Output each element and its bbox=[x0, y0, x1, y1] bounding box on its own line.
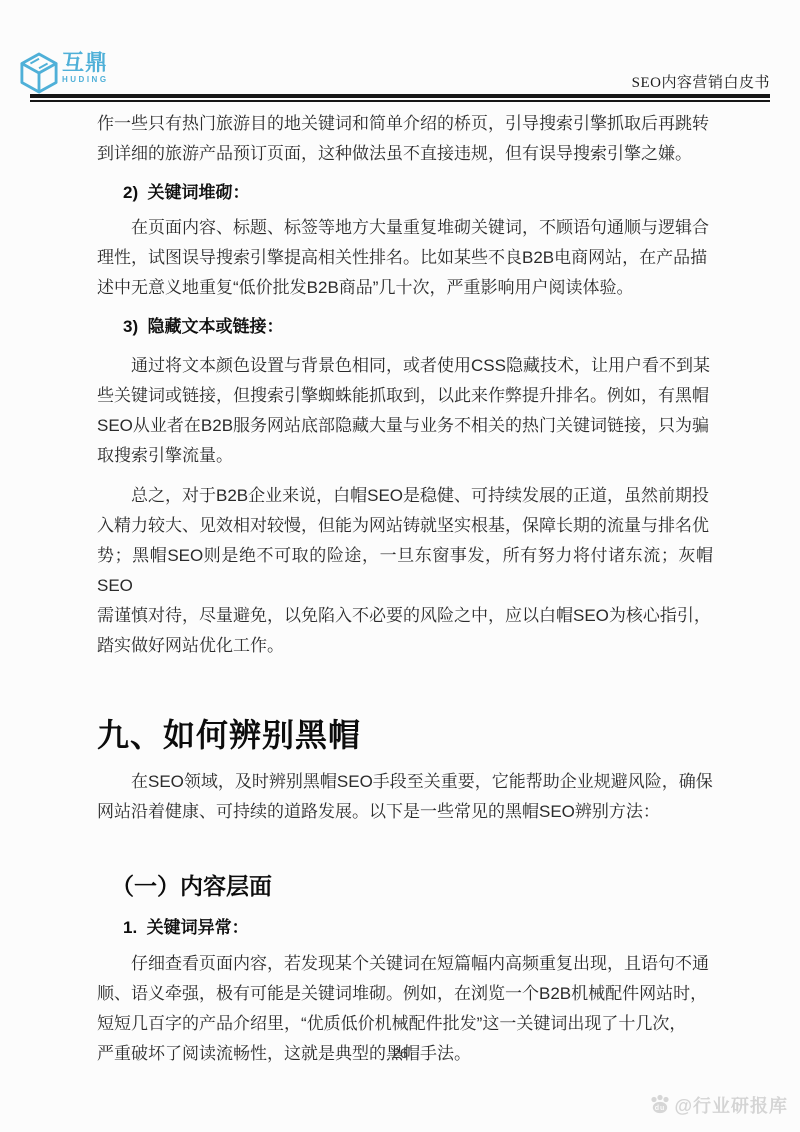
paragraph-hidden-text: 通过将文本颜色设置与背景色相同，或者使用CSS隐藏技术，让用户看不到某些关键词或… bbox=[97, 351, 713, 471]
text-line: 述中无意义地重复“低价批发B2B商品”几十次，严重影响用户阅读体验。 bbox=[97, 273, 713, 303]
paw-icon: du bbox=[648, 1093, 672, 1117]
text-line: 取搜索引擎流量。 bbox=[97, 441, 713, 471]
heading-hidden-text: 3) 隐藏文本或链接： bbox=[97, 312, 713, 342]
text-line: 短短几百字的产品介绍里，“优质低价机械配件批发”这一关键词出现了十几次， bbox=[97, 1009, 713, 1039]
svg-text:du: du bbox=[655, 1105, 666, 1112]
heading-keyword-stuffing: 2) 关键词堆砌： bbox=[97, 178, 713, 208]
text-line: 网站沿着健康、可持续的道路发展。以下是一些常见的黑帽SEO辨别方法： bbox=[97, 797, 713, 827]
subsection-heading-content-level: （一）内容层面 bbox=[97, 869, 713, 903]
text-line: 些关键词或链接，但搜索引擎蜘蛛能抓取到，以此来作弊提升排名。例如，有黑帽 bbox=[97, 381, 713, 411]
heading-keyword-anomaly: 1. 关键词异常： bbox=[97, 913, 713, 943]
text-line: 踏实做好网站优化工作。 bbox=[97, 631, 713, 661]
page-number: 26 bbox=[0, 1045, 800, 1061]
text-line: SEO从业者在B2B服务网站底部隐藏大量与业务不相关的热门关键词链接，只为骗 bbox=[97, 411, 713, 441]
logo-brand-sub: HUDING bbox=[62, 76, 109, 84]
text-line: 理性，试图误导搜索引擎提高相关性排名。比如某些不良B2B电商网站，在产品描 bbox=[97, 243, 713, 273]
text-line: 在页面内容、标题、标签等地方大量重复堆砌关键词，不顾语句通顺与逻辑合 bbox=[97, 213, 713, 243]
logo-cube-icon bbox=[20, 52, 58, 94]
section-heading: 九、如何辨别黑帽 bbox=[97, 713, 713, 757]
text-line: 仔细查看页面内容，若发现某个关键词在短篇幅内高频重复出现，且语句不通 bbox=[97, 949, 713, 979]
paragraph-summary: 总之，对于B2B企业来说，白帽SEO是稳健、可持续发展的正道，虽然前期投入精力较… bbox=[97, 481, 713, 661]
page-content: 作一些只有热门旅游目的地关键词和简单介绍的桥页，引导搜索引擎抓取后再跳转到详细的… bbox=[0, 96, 800, 1069]
text-line: 到详细的旅游产品预订页面，这种做法虽不直接违规，但有误导搜索引擎之嫌。 bbox=[97, 139, 713, 169]
text-line: 总之，对于B2B企业来说，白帽SEO是稳健、可持续发展的正道，虽然前期投 bbox=[97, 481, 713, 511]
text-line: 通过将文本颜色设置与背景色相同，或者使用CSS隐藏技术，让用户看不到某 bbox=[97, 351, 713, 381]
text-line: 入精力较大、见效相对较慢，但能为网站铸就坚实根基，保障长期的流量与排名优 bbox=[97, 511, 713, 541]
watermark: du @行业研报库 bbox=[648, 1092, 788, 1118]
paragraph-bridge-pages: 作一些只有热门旅游目的地关键词和简单介绍的桥页，引导搜索引擎抓取后再跳转到详细的… bbox=[97, 109, 713, 169]
page-header: 互鼎 HUDING SEO内容营销白皮书 bbox=[0, 0, 800, 96]
text-line: 顺、语义牵强，极有可能是关键词堆砌。例如，在浏览一个B2B机械配件网站时， bbox=[97, 979, 713, 1009]
paragraph-section-intro: 在SEO领域，及时辨别黑帽SEO手段至关重要，它能帮助企业规避风险，确保网站沿着… bbox=[97, 767, 713, 827]
watermark-text: @行业研报库 bbox=[674, 1092, 788, 1118]
paragraph-keyword-stuffing: 在页面内容、标题、标签等地方大量重复堆砌关键词，不顾语句通顺与逻辑合理性，试图误… bbox=[97, 213, 713, 303]
text-line: 需谨慎对待，尽量避免，以免陷入不必要的风险之中，应以白帽SEO为核心指引， bbox=[97, 601, 713, 631]
document-title: SEO内容营销白皮书 bbox=[632, 71, 770, 92]
logo-text: 互鼎 HUDING bbox=[62, 52, 109, 84]
text-line: 在SEO领域，及时辨别黑帽SEO手段至关重要，它能帮助企业规避风险，确保 bbox=[97, 767, 713, 797]
company-logo: 互鼎 HUDING bbox=[20, 52, 109, 94]
text-line: 势；黑帽SEO则是绝不可取的险途，一旦东窗事发，所有努力将付诸东流；灰帽SEO bbox=[97, 541, 713, 601]
text-line: 作一些只有热门旅游目的地关键词和简单介绍的桥页，引导搜索引擎抓取后再跳转 bbox=[97, 109, 713, 139]
logo-brand-name: 互鼎 bbox=[62, 52, 109, 74]
header-divider bbox=[30, 94, 770, 102]
document-page: 互鼎 HUDING SEO内容营销白皮书 作一些只有热门旅游目的地关键词和简单介… bbox=[0, 0, 800, 1132]
